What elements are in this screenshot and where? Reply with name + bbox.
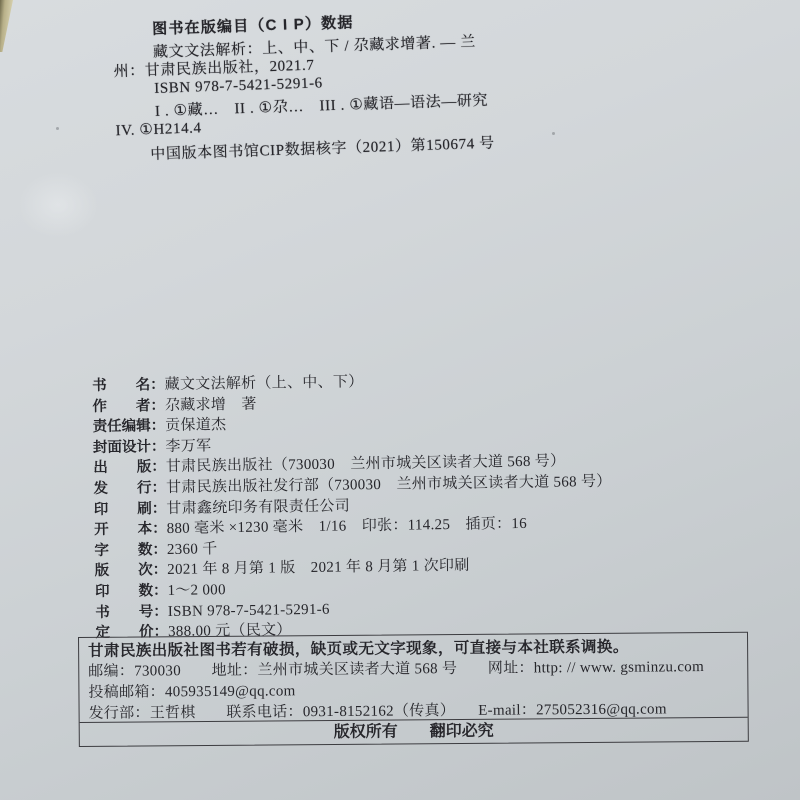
colophon-value: ISBN 978-7-5421-5291-6 — [168, 601, 330, 619]
colophon-label: 书 名： — [92, 377, 165, 394]
colophon-label: 作 者： — [92, 398, 165, 415]
colophon-value: 藏文文法解析（上、中、下） — [165, 374, 364, 393]
colophon-value: 880 毫米 ×1230 毫米 1/16 印张：114.25 插页：16 — [167, 516, 528, 537]
colophon-value: 甘肃鑫统印务有限责任公司 — [166, 498, 350, 517]
colophon-label: 封面设计： — [93, 439, 166, 456]
cip-data-block: 图书在版编目（C I P）数据 藏文文法解析：上、中、下 / 尕藏求增著. — … — [0, 5, 644, 169]
colophon-value: 甘肃民族出版社发行部（730030 兰州市城关区读者大道 568 号） — [166, 474, 612, 496]
colophon-label: 字 数： — [94, 542, 167, 559]
colophon-value: 2360 千 — [167, 541, 218, 558]
colophon-label: 发 行： — [93, 480, 166, 497]
notice-box: 甘肃民族出版社图书若有破损，缺页或无文字现象，可直接与本社联系调换。 邮编：73… — [78, 632, 749, 747]
colophon-label: 责任编辑： — [93, 418, 166, 435]
colophon-label: 版 次： — [95, 562, 168, 579]
colophon-label: 出 版： — [93, 459, 166, 476]
book-copyright-page-photo: 图书在版编目（C I P）数据 藏文文法解析：上、中、下 / 尕藏求增著. — … — [0, 0, 800, 800]
copyright-statement: 版权所有 翻印必究 — [80, 717, 748, 746]
colophon-value: 贡保道杰 — [165, 417, 226, 434]
colophon-value: 1～2 000 — [167, 582, 226, 599]
colophon-value: 甘肃民族出版社（730030 兰州市城关区读者大道 568 号） — [166, 454, 566, 476]
colophon-label: 书 号： — [95, 603, 168, 620]
colophon-label: 开 本： — [94, 521, 167, 538]
colophon-value: 2021 年 8 月第 1 版 2021 年 8 月第 1 次印刷 — [167, 558, 470, 578]
colophon-label: 印 刷： — [94, 501, 167, 518]
paper-smudge — [18, 172, 98, 238]
colophon-value: 尕藏求增 著 — [165, 396, 257, 413]
colophon-label: 印 数： — [95, 583, 168, 600]
colophon-block: 书 名：藏文文法解析（上、中、下） 作 者：尕藏求增 著 责任编辑：贡保道杰 封… — [92, 369, 614, 644]
colophon-value: 李万军 — [165, 438, 211, 455]
